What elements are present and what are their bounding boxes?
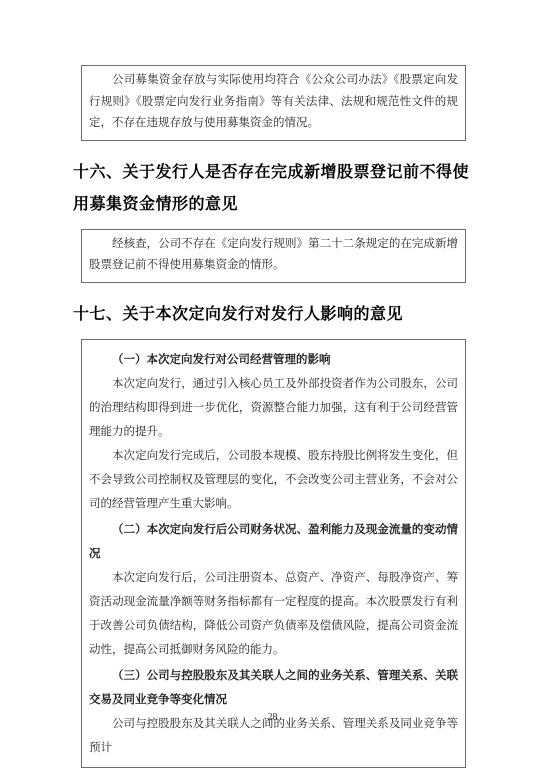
quote-box-fund-usage: 公司募集资金存放与实际使用均符合《公众公司办法》《股票定向发行规则》《股票定向发…: [81, 65, 466, 141]
subsection-3-title: （三）公司与控股股东及其关联人之间的业务关系、管理关系、关联交易及同业竞争等变化…: [89, 664, 458, 712]
page-number: 28: [0, 712, 545, 723]
document-page: 公司募集资金存放与实际使用均符合《公众公司办法》《股票定向发行规则》《股票定向发…: [0, 0, 545, 771]
quote-box-section17-opinion: （一）本次定向发行对公司经营管理的影响 本次定向发行，通过引入核心员工及外部投资…: [81, 339, 466, 768]
subsection-2-paragraph-1: 本次定向发行后，公司注册资本、总资产、净资产、每股净资产、筹资活动现金流量净额等…: [89, 566, 458, 662]
quote-box-section16-opinion: 经核查，公司不存在《定向发行规则》第二十二条规定的在完成新增股票登记前不得使用募…: [81, 229, 466, 283]
fund-usage-paragraph: 公司募集资金存放与实际使用均符合《公众公司办法》《股票定向发行规则》《股票定向发…: [89, 70, 458, 135]
subsection-1-paragraph-2: 本次定向发行完成后，公司股本规模、股东持股比例将发生变化，但不会导致公司控制权及…: [89, 444, 458, 516]
subsection-1-paragraph-1: 本次定向发行，通过引入核心员工及外部投资者作为公司股东，公司的治理结构即得到进一…: [89, 372, 458, 444]
subsection-1-title: （一）本次定向发行对公司经营管理的影响: [89, 348, 458, 372]
section16-opinion-paragraph: 经核查，公司不存在《定向发行规则》第二十二条规定的在完成新增股票登记前不得使用募…: [89, 234, 458, 277]
section-17-heading: 十七、关于本次定向发行对发行人影响的意见: [73, 299, 483, 331]
subsection-2-title: （二）本次定向发行后公司财务状况、盈利能力及现金流量的变动情况: [89, 518, 458, 566]
section-16-heading: 十六、关于发行人是否存在完成新增股票登记前不得使用募集资金情形的意见: [73, 157, 483, 221]
